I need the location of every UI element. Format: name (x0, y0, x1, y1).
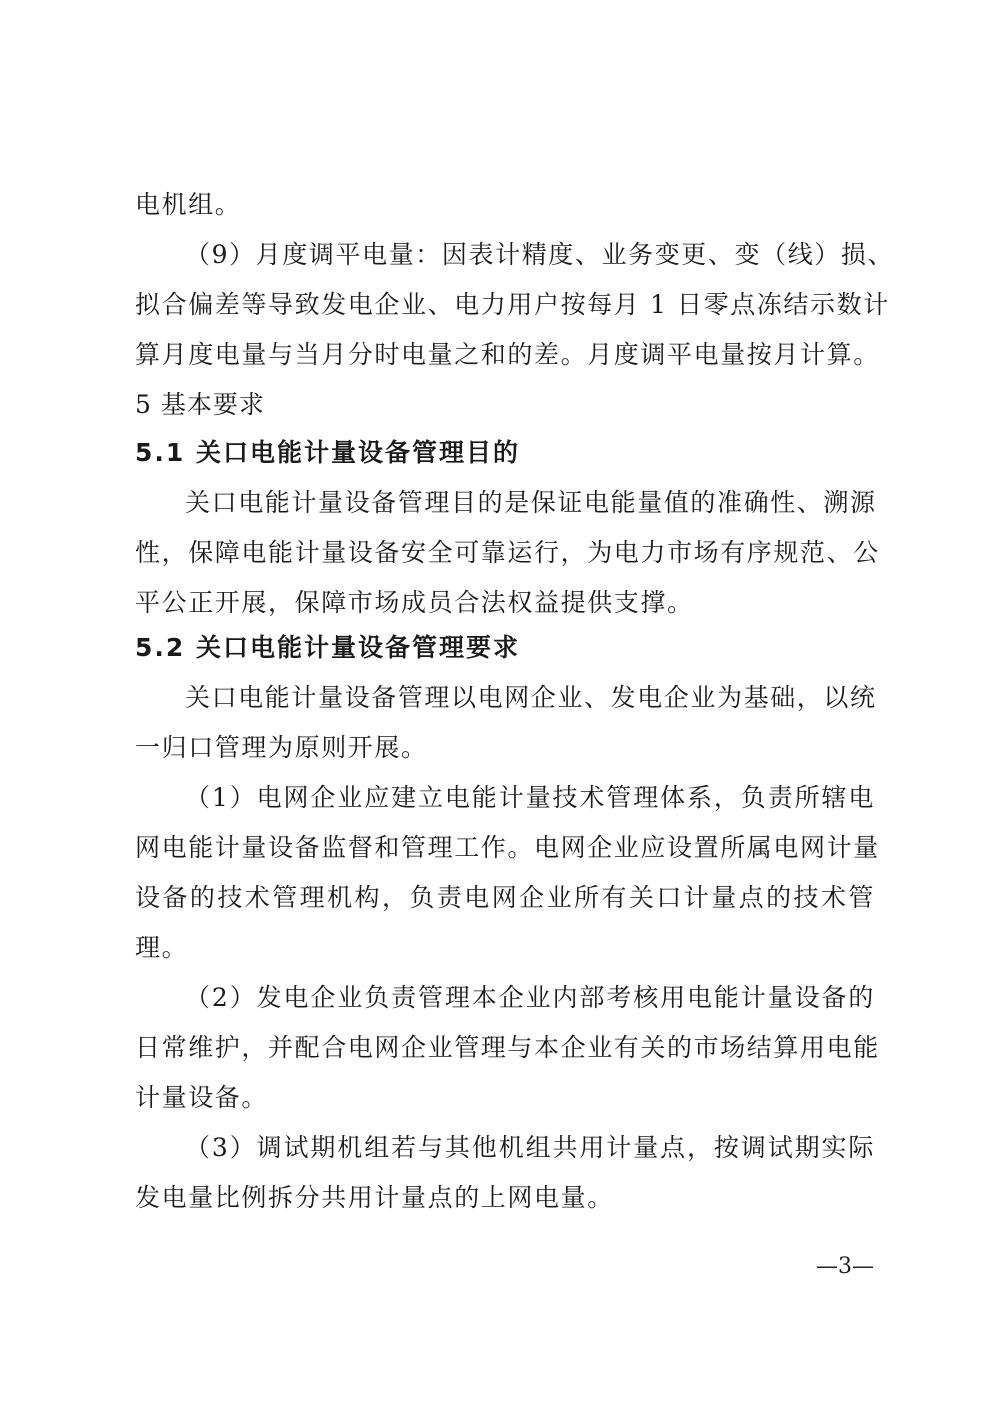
paragraph-line: （9）月度调平电量：因表计精度、业务变更、变（线）损、 (185, 240, 875, 270)
paragraph-line: 一归口管理为原则开展。 (135, 733, 875, 763)
paragraph-line: （1）电网企业应建立电能计量技术管理体系，负责所辖电 (185, 783, 875, 813)
paragraph-line: 电机组。 (135, 190, 875, 220)
paragraph-line: 关口电能计量设备管理以电网企业、发电企业为基础，以统 (185, 683, 875, 713)
section-heading-5: 5 基本要求 (135, 390, 265, 420)
paragraph-line: 平公正开展，保障市场成员合法权益提供支撑。 (135, 588, 875, 618)
paragraph-line: 日常维护，并配合电网企业管理与本企业有关的市场结算用电能 (135, 1033, 875, 1063)
paragraph-line: 理。 (135, 933, 875, 963)
paragraph-line: 性，保障电能计量设备安全可靠运行，为电力市场有序规范、公 (135, 538, 875, 568)
paragraph-line: 设备的技术管理机构，负责电网企业所有关口计量点的技术管 (135, 883, 875, 913)
document-page: 电机组。 （9）月度调平电量：因表计精度、业务变更、变（线）损、 拟合偏差等导致… (0, 0, 1000, 1414)
paragraph-line: 拟合偏差等导致发电企业、电力用户按每月 1 日零点冻结示数计 (135, 290, 875, 320)
paragraph-line: 计量设备。 (135, 1083, 875, 1113)
page-number: —3— (800, 1252, 890, 1282)
paragraph-line: （2）发电企业负责管理本企业内部考核用电能计量设备的 (185, 983, 875, 1013)
section-heading-5-2: 5.2 关口电能计量设备管理要求 (135, 633, 520, 663)
paragraph-line: 算月度电量与当月分时电量之和的差。月度调平电量按月计算。 (135, 340, 875, 370)
section-heading-5-1: 5.1 关口电能计量设备管理目的 (135, 438, 520, 468)
paragraph-line: 网电能计量设备监督和管理工作。电网企业应设置所属电网计量 (135, 833, 875, 863)
paragraph-line: 关口电能计量设备管理目的是保证电能量值的准确性、溯源 (185, 488, 875, 518)
paragraph-line: （3）调试期机组若与其他机组共用计量点，按调试期实际 (185, 1133, 875, 1163)
paragraph-line: 发电量比例拆分共用计量点的上网电量。 (135, 1183, 875, 1213)
